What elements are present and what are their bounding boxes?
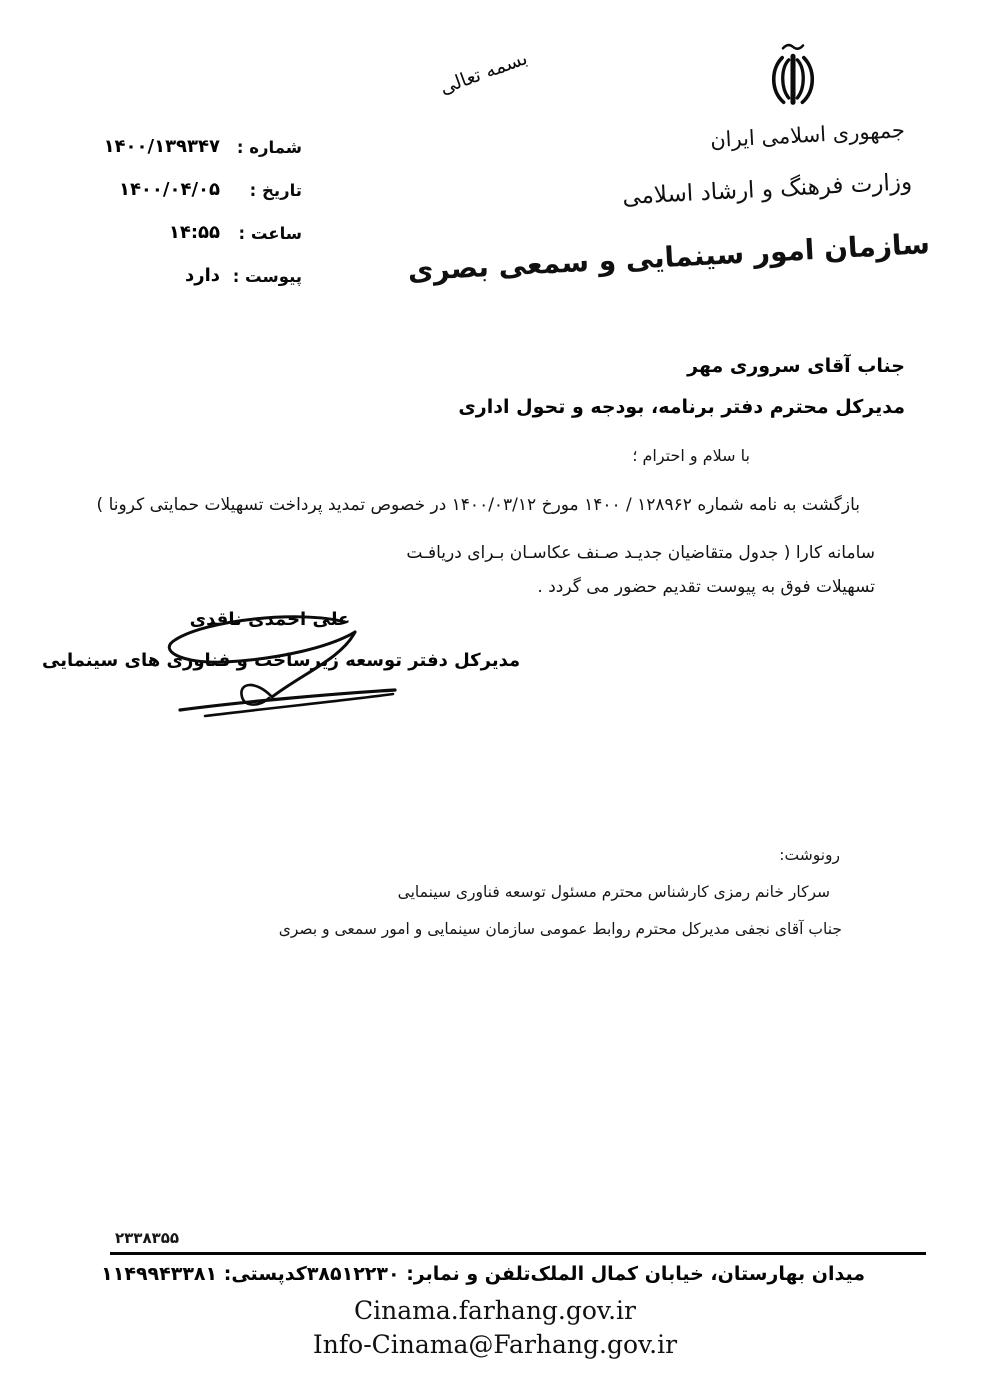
recipient-title: مدیرکل محترم دفتر برنامه، بودجه و تحول ا… — [458, 396, 905, 418]
footer-contact-line: میدان بهارستان، خیابان کمال الملک تلفن و… — [125, 1263, 865, 1285]
besmele-calligraphy: بسمه تعالی — [437, 47, 530, 99]
org-line-country: جمهوری اسلامی ایران — [710, 118, 906, 152]
meta-value-attachment: دارد — [185, 265, 220, 286]
meta-row-attachment: پیوست : دارد — [80, 261, 302, 304]
footer-address: میدان بهارستان، خیابان کمال الملک — [530, 1263, 865, 1285]
iran-emblem-icon — [757, 38, 829, 122]
meta-row-time: ساعت : ۱۴:۵۵ — [80, 218, 302, 261]
org-line-ministry: وزارت فرهنگ و ارشاد اسلامی — [622, 169, 913, 210]
meta-value-number: ۱۴۰۰/۱۳۹۳۴۷ — [104, 136, 220, 157]
meta-row-date: تاریخ : ۱۴۰۰/۰۴/۰۵ — [80, 175, 302, 218]
body-line-1: بازگشت به نامه شماره ۱۲۸۹۶۲ / ۱۴۰۰ مورخ … — [97, 495, 860, 515]
meta-label-number: شماره : — [237, 138, 302, 157]
recipient-name: جناب آقای سروری مهر — [687, 355, 905, 377]
letter-meta-block: شماره : ۱۴۰۰/۱۳۹۳۴۷ تاریخ : ۱۴۰۰/۰۴/۰۵ س… — [80, 132, 302, 304]
body-line-2: سامانه کارا ( جدول متقاضیان جدیـد صـنف ع… — [406, 543, 875, 563]
cc-heading: رونوشت: — [779, 846, 840, 864]
org-line-organization: سازمان امور سینمایی و سمعی بصری — [407, 227, 931, 287]
meta-label-attachment: پیوست : — [233, 267, 302, 286]
footer-phone-fax: تلفن و نمابر: ۳۸۵۱۲۲۳۰ — [307, 1263, 531, 1285]
meta-label-date: تاریخ : — [250, 181, 302, 200]
handwritten-signature — [150, 602, 410, 727]
letter-page: جمهوری اسلامی ایران وزارت فرهنگ و ارشاد … — [0, 0, 990, 1400]
footer-divider — [110, 1252, 926, 1255]
meta-row-number: شماره : ۱۴۰۰/۱۳۹۳۴۷ — [80, 132, 302, 175]
meta-value-date: ۱۴۰۰/۰۴/۰۵ — [119, 179, 220, 200]
cc-item: جناب آقای نجفی مدیرکل محترم روابط عمومی … — [279, 920, 842, 938]
footer-email: Info-Cinama@Farhang.gov.ir — [0, 1330, 990, 1359]
footer-postal-code: کدپستی: ۱۱۴۹۹۴۳۳۸۱ — [101, 1263, 307, 1285]
footer-doc-number: ۲۳۳۸۳۵۵ — [115, 1229, 179, 1247]
footer-website: Cinama.farhang.gov.ir — [0, 1296, 990, 1325]
cc-item: سرکار خانم رمزی کارشناس محترم مسئول توسع… — [398, 883, 830, 901]
meta-label-time: ساعت : — [238, 224, 302, 243]
meta-value-time: ۱۴:۵۵ — [169, 222, 220, 243]
body-line-3: تسهیلات فوق به پیوست تقدیم حضور می گردد … — [537, 577, 875, 597]
salutation: با سلام و احترام ؛ — [632, 446, 750, 465]
